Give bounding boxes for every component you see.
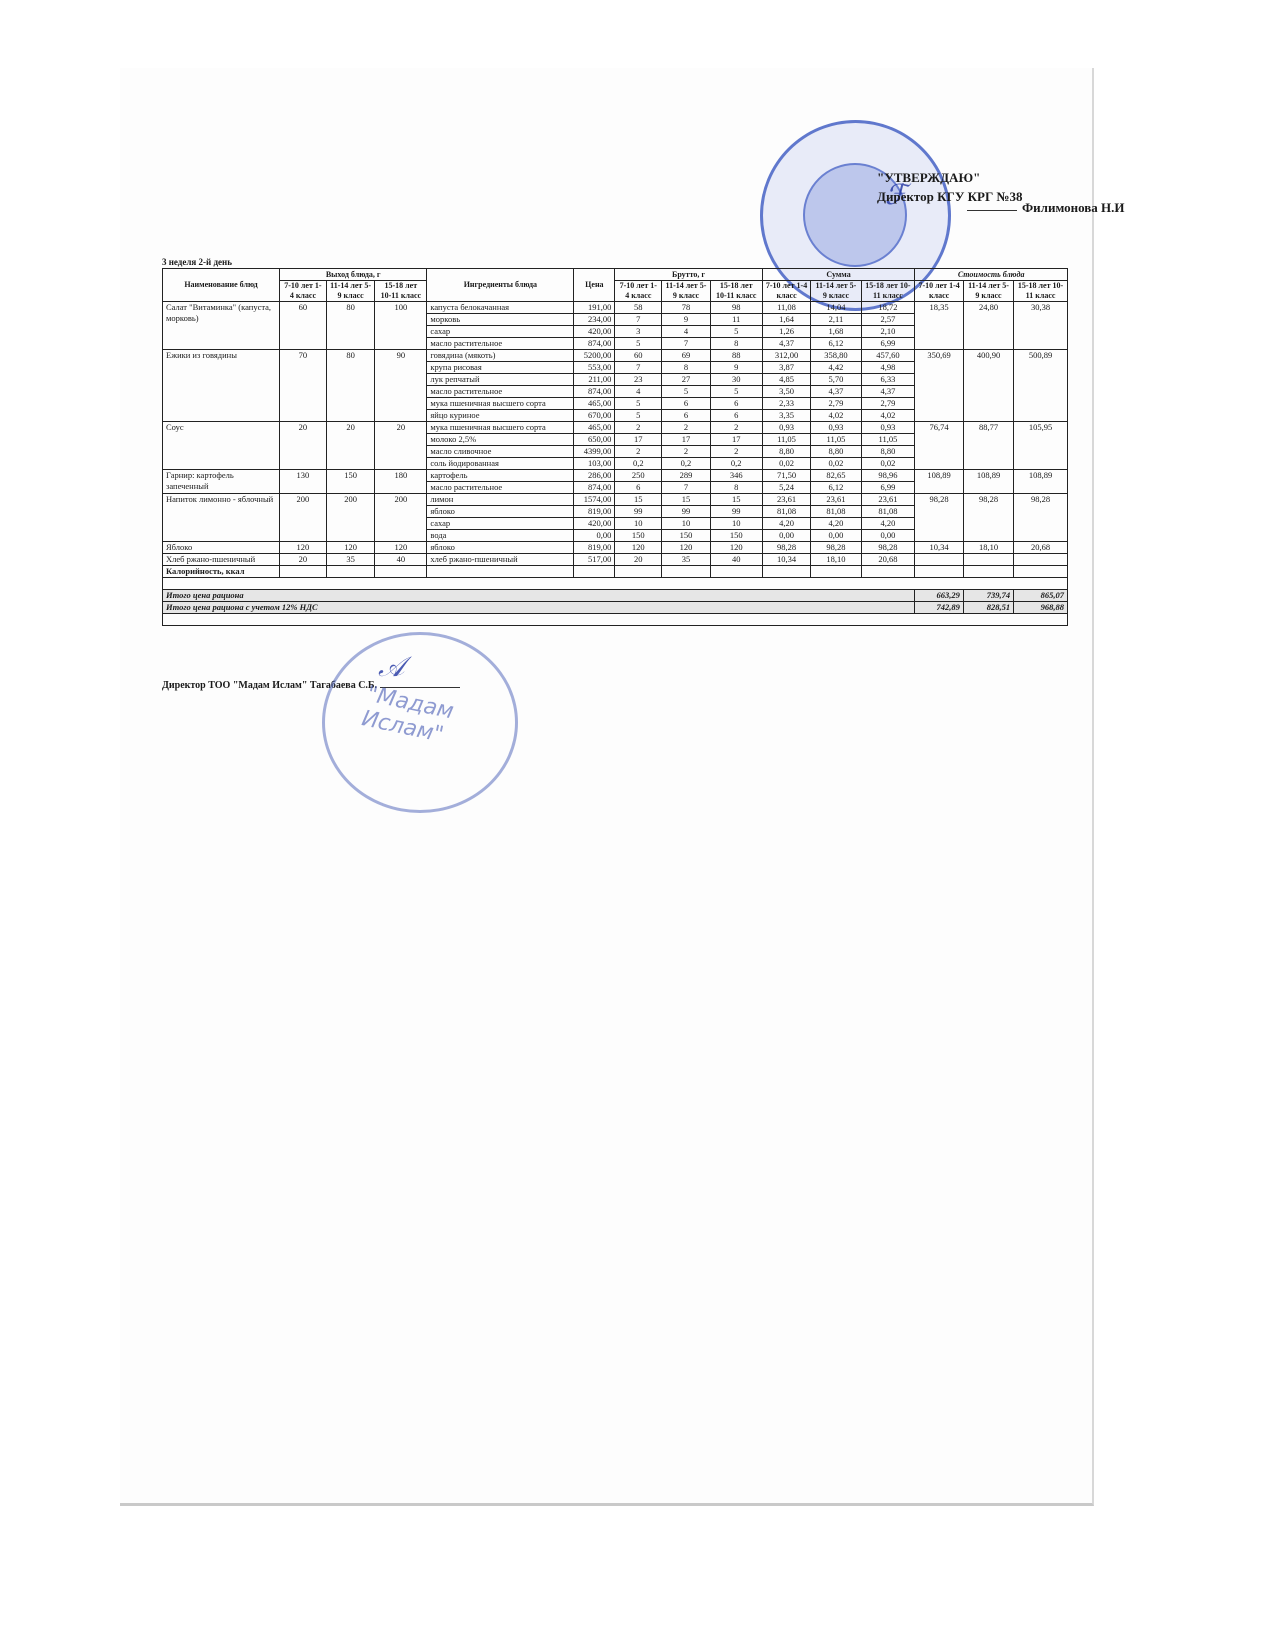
- company-stamp-text: "Мадам Ислам": [359, 682, 518, 763]
- dish-cost: 350,69: [915, 350, 964, 422]
- ingredient-brutto: 15: [710, 494, 762, 506]
- ingredient-name: яйцо куриное: [427, 410, 574, 422]
- ingredient-brutto: 8: [662, 362, 710, 374]
- dish-output: 180: [375, 470, 427, 494]
- ingredient-brutto: 6: [662, 398, 710, 410]
- vat-total-row-value: 828,51: [963, 602, 1013, 614]
- ingredient-name: сахар: [427, 518, 574, 530]
- ingredient-name: капуста белокачанная: [427, 302, 574, 314]
- ingredient-brutto: 23: [615, 374, 662, 386]
- ingredient-brutto: 120: [615, 542, 662, 554]
- ingredient-sum: 11,05: [762, 434, 811, 446]
- ingredient-brutto: 78: [662, 302, 710, 314]
- total-row-value: 865,07: [1014, 590, 1068, 602]
- ingredient-sum: 23,61: [811, 494, 861, 506]
- ingredient-sum: 1,64: [762, 314, 811, 326]
- ingredient-sum: 98,28: [861, 542, 915, 554]
- dish-cost: 400,90: [963, 350, 1013, 422]
- ingredient-sum: 82,65: [811, 470, 861, 482]
- dish-cost: 18,35: [915, 302, 964, 350]
- ingredient-brutto: 7: [615, 314, 662, 326]
- ingredient-sum: 0,93: [861, 422, 915, 434]
- dish-cost: 98,28: [963, 494, 1013, 542]
- ingredient-price: 819,00: [574, 542, 615, 554]
- header-age-sum: 7-10 лет 1-4 класс: [762, 281, 811, 302]
- calories-row: Калорийность, ккал: [163, 566, 1068, 578]
- ingredient-price: 0,00: [574, 530, 615, 542]
- empty-cell: [861, 566, 915, 578]
- ingredient-brutto: 15: [615, 494, 662, 506]
- dish-output: 20: [280, 554, 327, 566]
- empty-cell: [811, 566, 861, 578]
- ingredient-name: масло сливочное: [427, 446, 574, 458]
- header-age-cost: 7-10 лет 1-4 класс: [915, 281, 964, 302]
- ingredient-sum: 4,20: [811, 518, 861, 530]
- dish-cost: 500,89: [1014, 350, 1068, 422]
- header-output: Выход блюда, г: [280, 269, 427, 281]
- ingredient-sum: 98,96: [861, 470, 915, 482]
- ingredient-price: 465,00: [574, 398, 615, 410]
- ingredient-price: 420,00: [574, 518, 615, 530]
- ingredient-brutto: 2: [615, 422, 662, 434]
- ingredient-sum: 3,50: [762, 386, 811, 398]
- ingredient-brutto: 5: [615, 338, 662, 350]
- ingredient-name: говядина (мякоть): [427, 350, 574, 362]
- ingredient-brutto: 0,2: [662, 458, 710, 470]
- ingredient-sum: 4,02: [811, 410, 861, 422]
- ingredient-sum: 0,00: [861, 530, 915, 542]
- ingredient-sum: 98,28: [762, 542, 811, 554]
- ingredient-brutto: 4: [662, 326, 710, 338]
- approval-name: Филимонова Н.И: [1022, 198, 1125, 217]
- empty-cell: [163, 614, 1068, 626]
- ingredient-sum: 0,93: [762, 422, 811, 434]
- header-age-sum: 15-18 лет 10-11 класс: [861, 281, 915, 302]
- dish-output: 200: [375, 494, 427, 542]
- ingredient-sum: 1,68: [811, 326, 861, 338]
- table-row: Салат "Витаминка" (капуста, морковь)6080…: [163, 302, 1068, 314]
- ingredient-name: крупа рисовая: [427, 362, 574, 374]
- ingredient-sum: 8,80: [762, 446, 811, 458]
- ingredient-brutto: 99: [662, 506, 710, 518]
- dish-output: 120: [326, 542, 374, 554]
- ingredient-sum: 0,00: [811, 530, 861, 542]
- ingredient-sum: 98,28: [811, 542, 861, 554]
- ingredient-sum: 0,02: [762, 458, 811, 470]
- dish-cost: 20,68: [1014, 542, 1068, 554]
- ingredient-brutto: 9: [710, 362, 762, 374]
- header-age-output: 11-14 лет 5-9 класс: [326, 281, 374, 302]
- ingredient-sum: 4,37: [861, 386, 915, 398]
- empty-cell: [615, 566, 662, 578]
- ingredient-sum: 4,20: [861, 518, 915, 530]
- total-row-label: Итого цена рациона: [163, 590, 915, 602]
- empty-cell: [762, 566, 811, 578]
- header-brutto: Брутто, г: [615, 269, 762, 281]
- dish-cost: 10,34: [915, 542, 964, 554]
- ingredient-brutto: 6: [710, 410, 762, 422]
- dish-output: 20: [326, 422, 374, 470]
- spacer-row: [163, 578, 1068, 590]
- empty-cell: [710, 566, 762, 578]
- company-stamp: "Мадам Ислам": [322, 632, 518, 813]
- dish-name: Ежики из говядины: [163, 350, 280, 422]
- header-age-brutto: 11-14 лет 5-9 класс: [662, 281, 710, 302]
- ingredient-sum: 1,26: [762, 326, 811, 338]
- ingredient-brutto: 27: [662, 374, 710, 386]
- ingredient-sum: 23,61: [762, 494, 811, 506]
- ingredient-brutto: 5: [710, 386, 762, 398]
- dish-output: 60: [280, 302, 327, 350]
- ingredient-sum: 11,05: [811, 434, 861, 446]
- ingredient-brutto: 20: [615, 554, 662, 566]
- dish-output: 80: [326, 350, 374, 422]
- table-row: Хлеб ржано-пшеничный203540хлеб ржано-пше…: [163, 554, 1068, 566]
- dish-output: 90: [375, 350, 427, 422]
- ingredient-price: 819,00: [574, 506, 615, 518]
- ingredient-brutto: 8: [710, 482, 762, 494]
- ingredient-sum: 10,34: [762, 554, 811, 566]
- calories-label: Калорийность, ккал: [163, 566, 280, 578]
- dish-output: 150: [326, 470, 374, 494]
- dish-cost: 98,28: [1014, 494, 1068, 542]
- ingredient-sum: 8,80: [811, 446, 861, 458]
- dish-cost: 76,74: [915, 422, 964, 470]
- approval-position: Директор КГУ КРГ №38: [877, 187, 1023, 206]
- ingredient-name: хлеб ржано-пшеничный: [427, 554, 574, 566]
- dish-name: Салат "Витаминка" (капуста, морковь): [163, 302, 280, 350]
- total-row-value: 739,74: [963, 590, 1013, 602]
- ingredient-name: картофель: [427, 470, 574, 482]
- dish-cost: 24,80: [963, 302, 1013, 350]
- ingredient-brutto: 150: [662, 530, 710, 542]
- ingredient-brutto: 346: [710, 470, 762, 482]
- ingredient-brutto: 289: [662, 470, 710, 482]
- ingredient-brutto: 3: [615, 326, 662, 338]
- ingredient-sum: 18,72: [861, 302, 915, 314]
- ingredient-sum: 358,80: [811, 350, 861, 362]
- ingredient-name: морковь: [427, 314, 574, 326]
- ingredient-sum: 5,24: [762, 482, 811, 494]
- ingredient-name: молоко 2,5%: [427, 434, 574, 446]
- total-row: Итого цена рациона663,29739,74865,07: [163, 590, 1068, 602]
- dish-output: 70: [280, 350, 327, 422]
- ingredient-sum: 2,11: [811, 314, 861, 326]
- ingredient-sum: 2,10: [861, 326, 915, 338]
- ingredient-brutto: 120: [710, 542, 762, 554]
- ingredient-brutto: 5: [662, 386, 710, 398]
- ingredient-brutto: 6: [662, 410, 710, 422]
- dish-cost: [963, 554, 1013, 566]
- ingredient-brutto: 30: [710, 374, 762, 386]
- table-row: Яблоко120120120яблоко819,0012012012098,2…: [163, 542, 1068, 554]
- ingredient-price: 874,00: [574, 386, 615, 398]
- ingredient-price: 874,00: [574, 482, 615, 494]
- ingredient-brutto: 99: [710, 506, 762, 518]
- ingredient-sum: 2,79: [811, 398, 861, 410]
- vat-total-row: Итого цена рациона с учетом 12% НДС742,8…: [163, 602, 1068, 614]
- empty-cell: [963, 566, 1013, 578]
- ingredient-brutto: 5: [615, 398, 662, 410]
- ingredient-brutto: 4: [615, 386, 662, 398]
- ingredient-name: соль йодированная: [427, 458, 574, 470]
- header-age-sum: 11-14 лет 5-9 класс: [811, 281, 861, 302]
- ingredient-sum: 11,05: [861, 434, 915, 446]
- ingredient-brutto: 60: [615, 350, 662, 362]
- empty-cell: [163, 578, 1068, 590]
- ingredient-name: масло растительное: [427, 386, 574, 398]
- ingredient-sum: 6,12: [811, 482, 861, 494]
- ingredient-sum: 5,70: [811, 374, 861, 386]
- empty-cell: [427, 566, 574, 578]
- ingredient-brutto: 17: [615, 434, 662, 446]
- ingredient-brutto: 2: [615, 446, 662, 458]
- ingredient-sum: 4,37: [811, 386, 861, 398]
- ingredient-brutto: 98: [710, 302, 762, 314]
- empty-cell: [375, 566, 427, 578]
- ingredient-sum: 0,00: [762, 530, 811, 542]
- ingredient-brutto: 7: [662, 482, 710, 494]
- ingredient-sum: 3,87: [762, 362, 811, 374]
- dish-name: Напиток лимонно - яблочный: [163, 494, 280, 542]
- header-age-cost: 11-14 лет 5-9 класс: [963, 281, 1013, 302]
- dish-name: Гарнир: картофель запеченный: [163, 470, 280, 494]
- dish-output: 20: [280, 422, 327, 470]
- ingredient-price: 553,00: [574, 362, 615, 374]
- header-dish: Наименование блюд: [163, 269, 280, 302]
- ingredient-brutto: 5: [710, 326, 762, 338]
- dish-cost: [1014, 554, 1068, 566]
- header-sum: Сумма: [762, 269, 915, 281]
- header-age-cost: 15-18 лет 10-11 класс: [1014, 281, 1068, 302]
- ingredient-sum: 3,35: [762, 410, 811, 422]
- ingredient-price: 211,00: [574, 374, 615, 386]
- ingredient-price: 465,00: [574, 422, 615, 434]
- ingredient-name: мука пшеничная высшего сорта: [427, 422, 574, 434]
- ingredient-brutto: 2: [710, 446, 762, 458]
- dish-output: 20: [375, 422, 427, 470]
- ingredient-name: лимон: [427, 494, 574, 506]
- ingredient-sum: 2,79: [861, 398, 915, 410]
- ingredient-sum: 4,42: [811, 362, 861, 374]
- ingredient-brutto: 2: [662, 422, 710, 434]
- ingredient-name: масло растительное: [427, 338, 574, 350]
- ingredient-name: яблоко: [427, 542, 574, 554]
- ingredient-sum: 11,08: [762, 302, 811, 314]
- dish-cost: 105,95: [1014, 422, 1068, 470]
- ingredient-brutto: 17: [662, 434, 710, 446]
- ingredient-brutto: 2: [710, 422, 762, 434]
- ingredient-brutto: 35: [662, 554, 710, 566]
- vat-total-row-value: 742,89: [915, 602, 964, 614]
- ingredient-sum: 81,08: [762, 506, 811, 518]
- ingredient-sum: 6,33: [861, 374, 915, 386]
- table-row: Гарнир: картофель запеченный130150180кар…: [163, 470, 1068, 482]
- dish-name: Яблоко: [163, 542, 280, 554]
- ingredient-sum: 6,99: [861, 482, 915, 494]
- ingredient-brutto: 10: [615, 518, 662, 530]
- spacer-row: [163, 614, 1068, 626]
- empty-cell: [574, 566, 615, 578]
- ingredient-price: 4399,00: [574, 446, 615, 458]
- dish-cost: 30,38: [1014, 302, 1068, 350]
- ingredient-brutto: 7: [615, 362, 662, 374]
- ingredient-sum: 8,80: [861, 446, 915, 458]
- dish-output: 80: [326, 302, 374, 350]
- dish-cost: 88,77: [963, 422, 1013, 470]
- ingredient-name: сахар: [427, 326, 574, 338]
- ingredient-price: 650,00: [574, 434, 615, 446]
- ingredient-sum: 0,93: [811, 422, 861, 434]
- table-row: Напиток лимонно - яблочный200200200лимон…: [163, 494, 1068, 506]
- ingredient-sum: 81,08: [811, 506, 861, 518]
- dish-output: 35: [326, 554, 374, 566]
- empty-cell: [915, 566, 964, 578]
- ingredient-price: 5200,00: [574, 350, 615, 362]
- dish-cost: 108,89: [915, 470, 964, 494]
- ingredient-price: 103,00: [574, 458, 615, 470]
- ingredient-brutto: 88: [710, 350, 762, 362]
- header-price: Цена: [574, 269, 615, 302]
- ingredient-sum: 20,68: [861, 554, 915, 566]
- ingredient-sum: 71,50: [762, 470, 811, 482]
- ingredient-brutto: 0,2: [710, 458, 762, 470]
- dish-cost: 108,89: [963, 470, 1013, 494]
- ingredient-sum: 18,10: [811, 554, 861, 566]
- ingredient-sum: 0,02: [861, 458, 915, 470]
- ingredient-sum: 4,02: [861, 410, 915, 422]
- ingredient-sum: 4,20: [762, 518, 811, 530]
- dish-cost: 18,10: [963, 542, 1013, 554]
- header-ingredients: Ингредиенты блюда: [427, 269, 574, 302]
- ingredient-sum: 6,12: [811, 338, 861, 350]
- ingredient-brutto: 2: [662, 446, 710, 458]
- ingredient-sum: 2,33: [762, 398, 811, 410]
- ingredient-price: 191,00: [574, 302, 615, 314]
- ingredient-brutto: 250: [615, 470, 662, 482]
- ingredient-price: 1574,00: [574, 494, 615, 506]
- dish-output: 200: [326, 494, 374, 542]
- approval-title: "УТВЕРЖДАЮ": [877, 168, 1023, 187]
- ingredient-name: вода: [427, 530, 574, 542]
- menu-table: Наименование блюд Выход блюда, г Ингреди…: [162, 268, 1068, 626]
- ingredient-name: мука пшеничная высшего сорта: [427, 398, 574, 410]
- header-age-output: 15-18 лет 10-11 класс: [375, 281, 427, 302]
- ingredient-sum: 6,99: [861, 338, 915, 350]
- ingredient-brutto: 8: [710, 338, 762, 350]
- ingredient-brutto: 0,2: [615, 458, 662, 470]
- approval-block: "УТВЕРЖДАЮ" Директор КГУ КРГ №38 Филимон…: [877, 168, 1023, 206]
- vat-total-row-label: Итого цена рациона с учетом 12% НДС: [163, 602, 915, 614]
- ingredient-price: 517,00: [574, 554, 615, 566]
- ingredient-brutto: 10: [662, 518, 710, 530]
- ingredient-brutto: 6: [615, 482, 662, 494]
- ingredient-brutto: 150: [615, 530, 662, 542]
- dish-name: Хлеб ржано-пшеничный: [163, 554, 280, 566]
- ingredient-sum: 4,37: [762, 338, 811, 350]
- vat-total-row-value: 968,88: [1014, 602, 1068, 614]
- ingredient-brutto: 15: [662, 494, 710, 506]
- ingredient-brutto: 11: [710, 314, 762, 326]
- dish-name: Соус: [163, 422, 280, 470]
- ingredient-brutto: 120: [662, 542, 710, 554]
- ingredient-sum: 4,85: [762, 374, 811, 386]
- ingredient-sum: 2,57: [861, 314, 915, 326]
- empty-cell: [662, 566, 710, 578]
- empty-cell: [280, 566, 327, 578]
- ingredient-name: лук репчатый: [427, 374, 574, 386]
- table-row: Ежики из говядины708090говядина (мякоть)…: [163, 350, 1068, 362]
- ingredient-sum: 312,00: [762, 350, 811, 362]
- ingredient-sum: 23,61: [861, 494, 915, 506]
- ingredient-sum: 457,60: [861, 350, 915, 362]
- dish-output: 200: [280, 494, 327, 542]
- ingredient-brutto: 150: [710, 530, 762, 542]
- empty-cell: [1014, 566, 1068, 578]
- ingredient-sum: 4,98: [861, 362, 915, 374]
- ingredient-brutto: 17: [710, 434, 762, 446]
- dish-output: 120: [280, 542, 327, 554]
- ingredient-brutto: 7: [662, 338, 710, 350]
- dish-cost: [915, 554, 964, 566]
- dish-output: 130: [280, 470, 327, 494]
- ingredient-brutto: 9: [662, 314, 710, 326]
- ingredient-price: 234,00: [574, 314, 615, 326]
- dish-output: 100: [375, 302, 427, 350]
- ingredient-price: 420,00: [574, 326, 615, 338]
- dish-cost: 98,28: [915, 494, 964, 542]
- ingredient-name: яблоко: [427, 506, 574, 518]
- ingredient-sum: 81,08: [861, 506, 915, 518]
- ingredient-brutto: 58: [615, 302, 662, 314]
- header-cost: Стоимость блюда: [915, 269, 1068, 281]
- director-signature: 𝒜: [378, 650, 405, 684]
- header-age-brutto: 15-18 лет 10-11 класс: [710, 281, 762, 302]
- table-row: Соус202020мука пшеничная высшего сорта46…: [163, 422, 1068, 434]
- header-age-brutto: 7-10 лет 1-4 класс: [615, 281, 662, 302]
- ingredient-brutto: 6: [710, 398, 762, 410]
- ingredient-brutto: 99: [615, 506, 662, 518]
- ingredient-sum: 0,02: [811, 458, 861, 470]
- dish-output: 120: [375, 542, 427, 554]
- ingredient-brutto: 5: [615, 410, 662, 422]
- empty-cell: [326, 566, 374, 578]
- ingredient-brutto: 69: [662, 350, 710, 362]
- ingredient-price: 670,00: [574, 410, 615, 422]
- total-row-value: 663,29: [915, 590, 964, 602]
- ingredient-sum: 14,04: [811, 302, 861, 314]
- header-age-output: 7-10 лет 1-4 класс: [280, 281, 327, 302]
- menu-day-title: 3 неделя 2-й день: [162, 257, 232, 267]
- ingredient-brutto: 40: [710, 554, 762, 566]
- dish-cost: 108,89: [1014, 470, 1068, 494]
- ingredient-price: 286,00: [574, 470, 615, 482]
- ingredient-brutto: 10: [710, 518, 762, 530]
- ingredient-name: масло растительное: [427, 482, 574, 494]
- dish-output: 40: [375, 554, 427, 566]
- ingredient-price: 874,00: [574, 338, 615, 350]
